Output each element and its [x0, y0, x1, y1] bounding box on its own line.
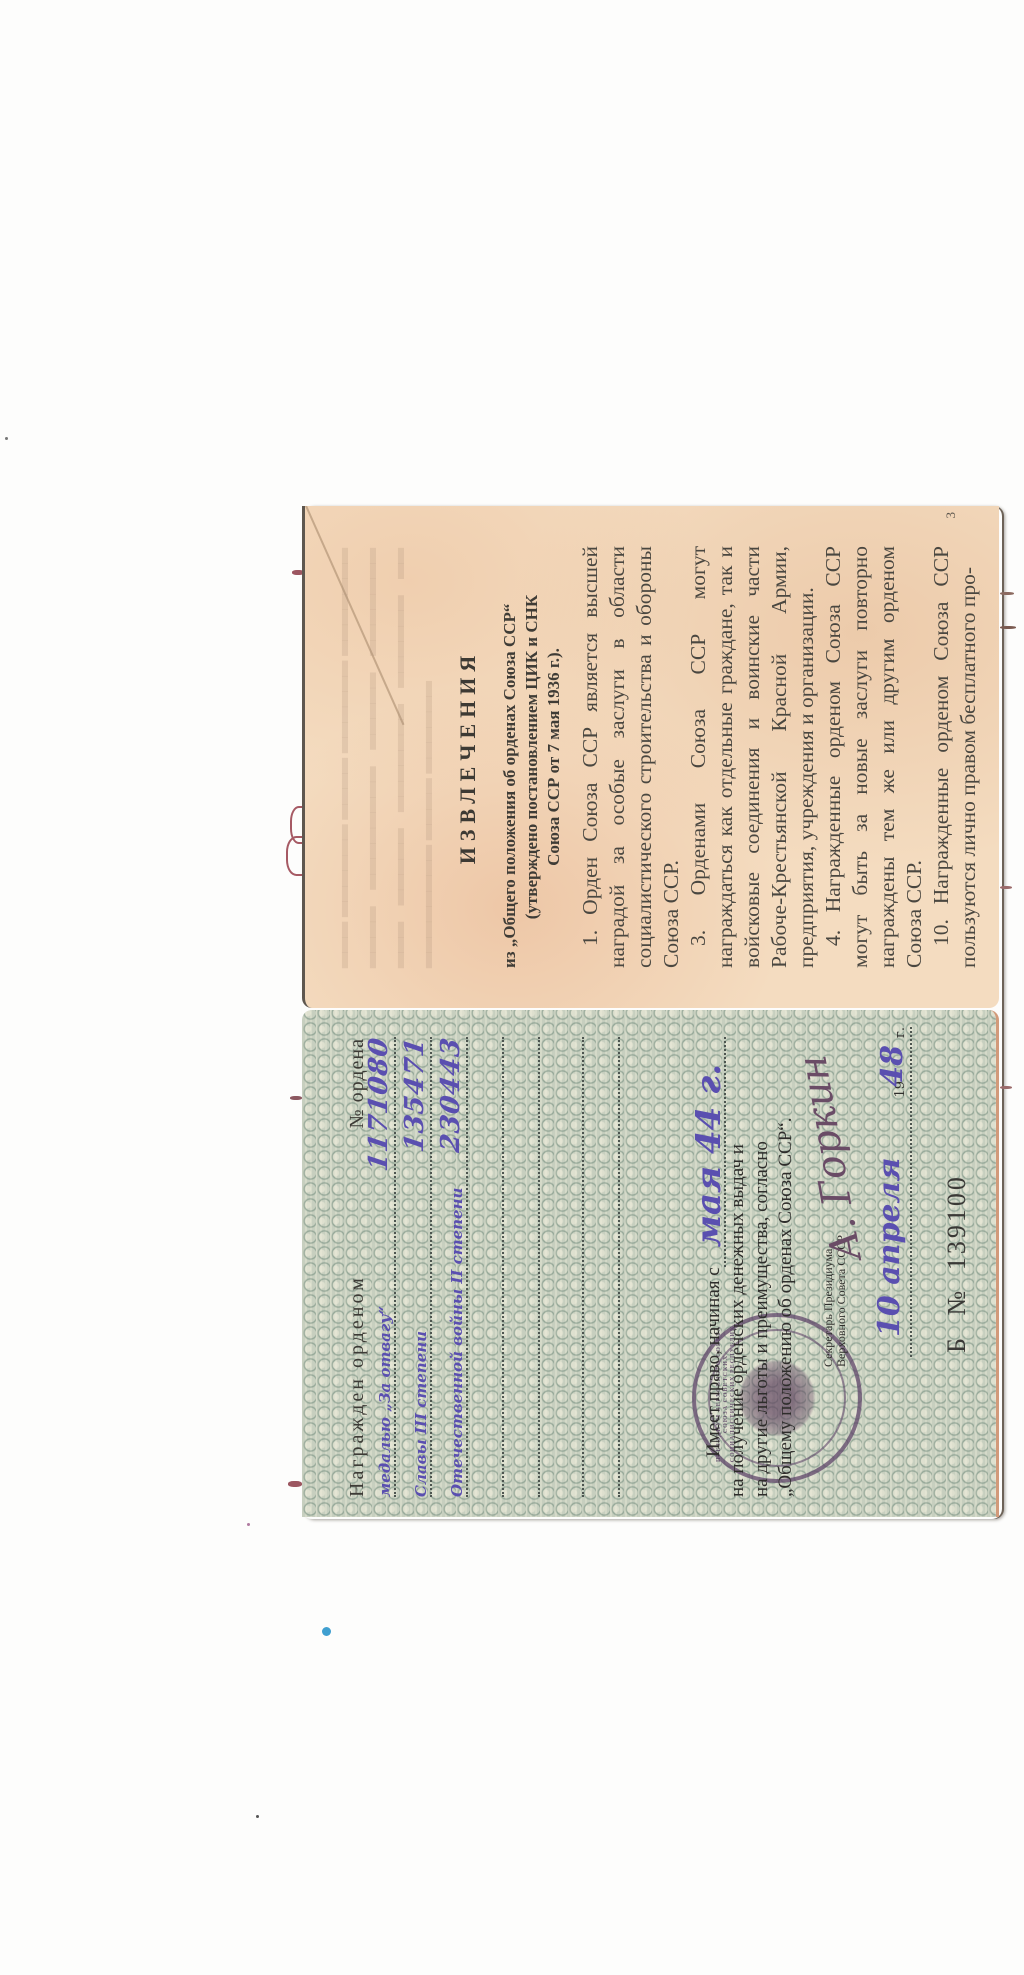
- regulation-paragraph: 4. Награжденные орденом Союза ССР могут …: [820, 546, 928, 968]
- award-number: 135471: [400, 1035, 430, 1154]
- serial-number-label: №: [942, 1288, 971, 1316]
- award-number: 1171080: [364, 1035, 394, 1173]
- blank-entry-line: [502, 1037, 504, 1497]
- regulation-paragraph: 3. Орденами Союза ССР могут награждаться…: [685, 546, 820, 968]
- award-entry: Отечественной войны II степени 230443: [436, 1037, 468, 1497]
- serial-series: Б: [942, 1335, 971, 1353]
- binding-thread: [1000, 592, 1014, 595]
- binding-thread: [290, 1096, 302, 1100]
- rights-text: Имеет право, начиная с мая 44 г. на полу…: [694, 1037, 798, 1497]
- serial-number: Б № 139100: [942, 1010, 972, 1517]
- award-name: Отечественной войны II степени: [448, 1188, 466, 1497]
- award-number: 230443: [436, 1035, 466, 1154]
- background-speck: [5, 437, 8, 440]
- blank-entry-line: [582, 1037, 584, 1497]
- regulation-paragraph: 1. Орден Союза ССР является высшей награ…: [577, 546, 685, 968]
- award-name: медалью „За отвагу“: [376, 1306, 394, 1497]
- rights-line: на другие льготы и преимущества, согласн…: [750, 1037, 774, 1497]
- blank-entry-line: [618, 1037, 620, 1497]
- subtitle-line: из „Общего положения об орденах Союза СС…: [499, 546, 521, 968]
- binding-thread: [288, 1481, 302, 1487]
- award-booklet: ▂▂▂ ▂▂▂▂▂▂ ▂▂▂▂ ▂▂▂▂▂▂ ▂▂▂▂▂▂▂ ▂▂▂▂ ▂▂▂▂…: [302, 506, 1002, 1519]
- rights-line: на получение орденских денежных выдач и: [726, 1037, 750, 1497]
- award-entry: медалью „За отвагу“ 1171080: [364, 1037, 396, 1497]
- award-record-page: Награжден орденом № ордена медалью „За о…: [302, 1010, 999, 1517]
- rights-line: „Общему положению об орденах Союза ССР“.: [774, 1037, 798, 1497]
- extract-content: ИЗВЛЕЧЕНИЯ из „Общего положения об орден…: [305, 506, 999, 1008]
- binding-thread: [1000, 886, 1012, 889]
- page-title: ИЗВЛЕЧЕНИЯ: [455, 546, 481, 968]
- background-speck: [247, 1523, 250, 1526]
- blank-entry-line: [538, 1037, 540, 1497]
- issue-year-suffix: г.: [893, 1027, 908, 1038]
- page-number: 3: [943, 512, 959, 519]
- subtitle-line: Союза ССР от 7 мая 1936 г.).: [543, 546, 565, 968]
- extract-page: ▂▂▂ ▂▂▂▂▂▂ ▂▂▂▂ ▂▂▂▂▂▂ ▂▂▂▂▂▂▂ ▂▂▂▂ ▂▂▂▂…: [302, 506, 999, 1008]
- issue-date: 10 апреля 19 48 г.: [872, 1027, 912, 1357]
- subtitle-line: (утверждено постановлением ЦИК и СНК: [521, 546, 543, 968]
- issue-day-month: 10 апреля: [872, 1158, 907, 1357]
- award-record-content: Награжден орденом № ордена медалью „За о…: [302, 1010, 996, 1517]
- page-subtitle: из „Общего положения об орденах Союза СС…: [499, 546, 565, 968]
- issue-year: 48: [875, 1045, 910, 1087]
- serial-number-value: 139100: [942, 1174, 971, 1270]
- award-name: Славы III степени: [412, 1331, 430, 1497]
- award-entry: Славы III степени 135471: [400, 1037, 432, 1497]
- binding-thread: [1000, 1086, 1012, 1089]
- background-speck: [256, 1815, 259, 1818]
- rights-prefix: Имеет право, начиная с: [702, 1267, 726, 1497]
- background-speck: [322, 1627, 331, 1636]
- signature: А. Горкин: [789, 1052, 870, 1265]
- rights-since-date: мая 44 г.: [694, 1037, 726, 1267]
- binding-thread: [1000, 626, 1016, 629]
- regulation-paragraph: 10. Награжденные орденом Союза ССР польз…: [928, 546, 982, 968]
